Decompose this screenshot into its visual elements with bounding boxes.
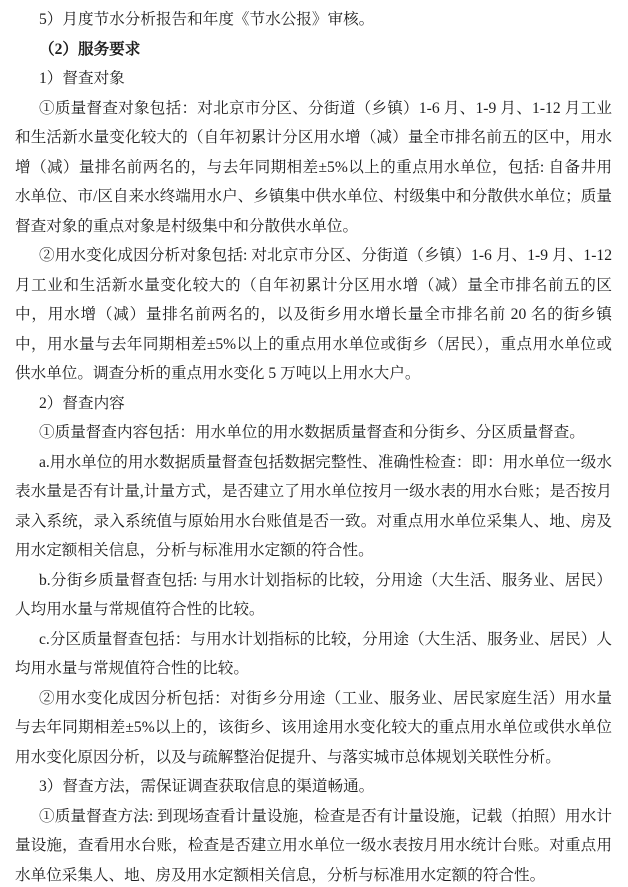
para-quality-supervision-targets: ①质量督查对象包括：对北京市分区、分街道（乡镇）1-6 月、1-9 月、1-12…	[15, 94, 612, 242]
para-item-c-district-quality-check: c.分区质量督查包括：与用水计划指标的比较，分用途（大生活、服务业、居民）人均用…	[15, 625, 612, 684]
heading-supervision-method: 3）督查方法，需保证调查获取信息的渠道畅通。	[15, 772, 612, 802]
para-water-change-cause-analysis-targets: ②用水变化成因分析对象包括: 对北京市分区、分街道（乡镇）1-6 月、1-9 月…	[15, 241, 612, 389]
para-quality-supervision-content: ①质量督查内容包括：用水单位的用水数据质量督查和分街乡、分区质量督查。	[15, 418, 612, 448]
document-page: 5）月度节水分析报告和年度《节水公报》审核。 （2）服务要求 1）督查对象 ①质…	[0, 0, 628, 887]
para-item-a-water-unit-data-check: a.用水单位的用水数据质量督查包括数据完整性、准确性检查：即：用水单位一级水表水…	[15, 448, 612, 566]
para-water-change-cause-analysis-content: ②用水变化成因分析包括：对街乡分用途（工业、服务业、居民家庭生活）用水量与去年同…	[15, 684, 612, 773]
list-item-monthly-report-review: 5）月度节水分析报告和年度《节水公报》审核。	[15, 5, 612, 35]
heading-service-requirements: （2）服务要求	[15, 35, 612, 65]
para-item-b-subdistrict-quality-check: b.分街乡质量督查包括: 与用水计划指标的比较，分用途（大生活、服务业、居民）人…	[15, 566, 612, 625]
heading-supervision-targets: 1）督查对象	[15, 64, 612, 94]
para-quality-supervision-method: ①质量督查方法: 到现场查看计量设施，检查是否有计量设施，记载（拍照）用水计量设…	[15, 802, 612, 887]
heading-supervision-content: 2）督查内容	[15, 389, 612, 419]
